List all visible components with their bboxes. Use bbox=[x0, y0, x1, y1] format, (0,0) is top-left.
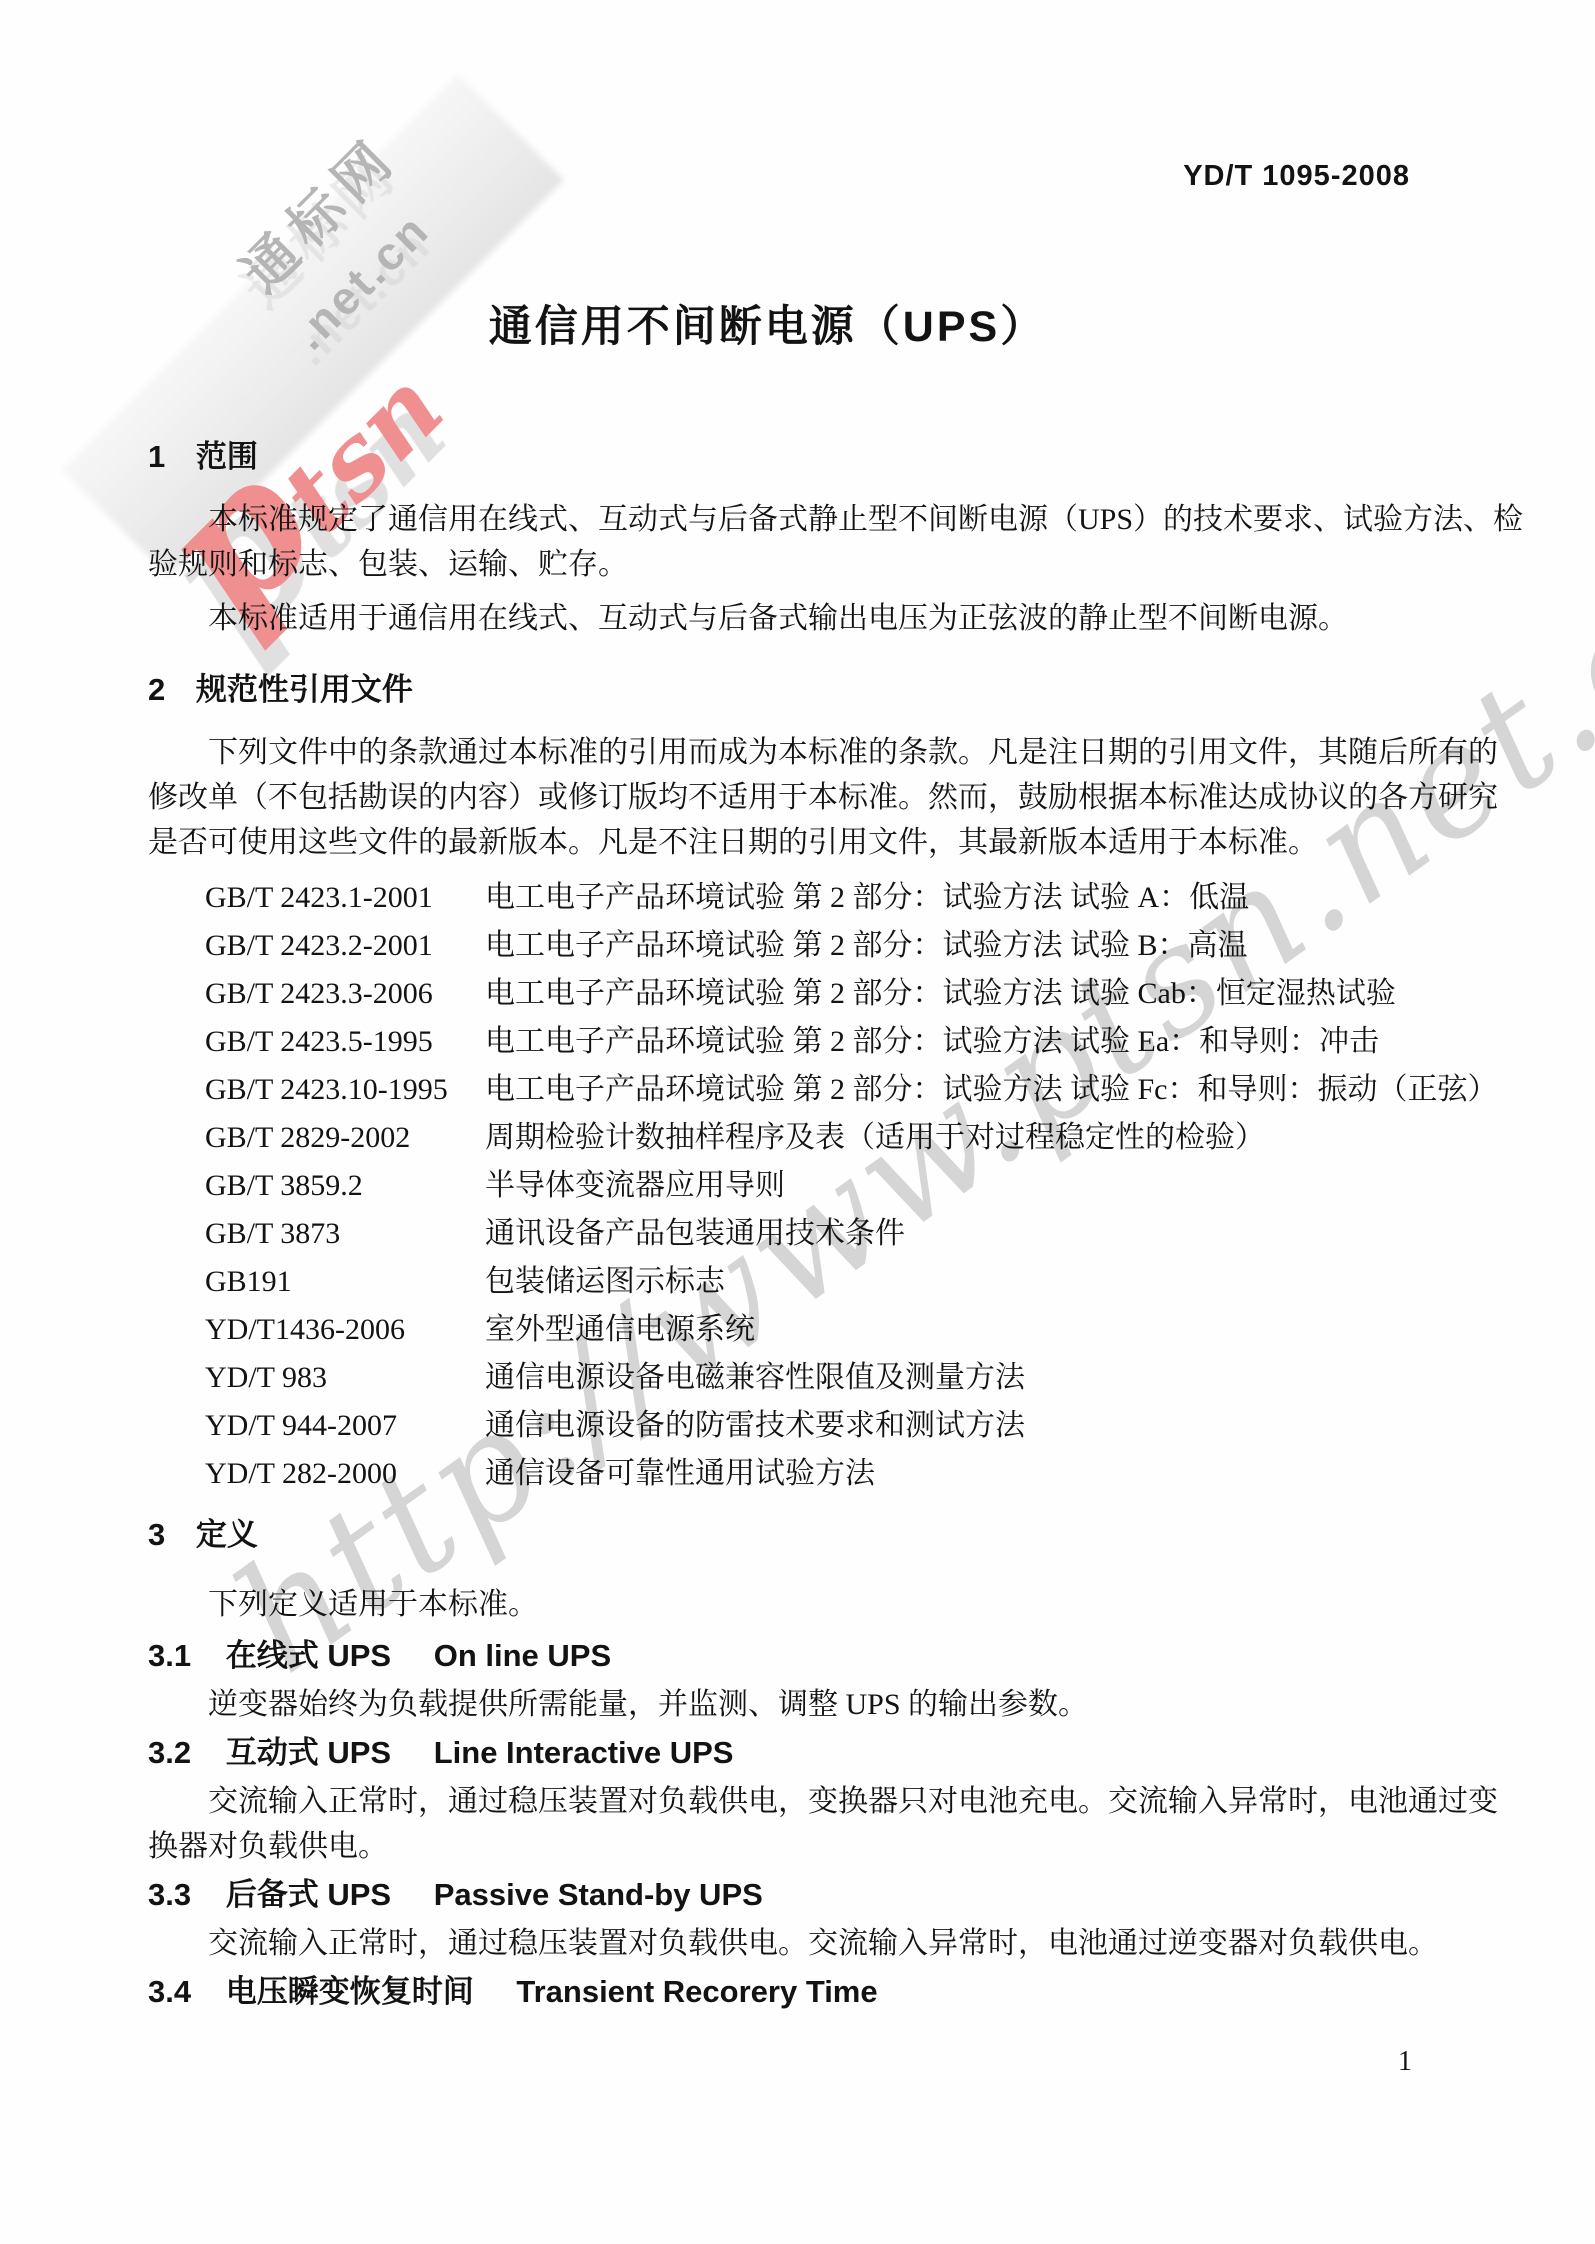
reference-item: GB/T 3873 通讯设备产品包装通用技术条件 bbox=[205, 1210, 1478, 1258]
definition-3-3-heading: 3.3 后备式 UPS Passive Stand-by UPS bbox=[148, 1877, 1478, 1913]
section-1-title: 范围 bbox=[196, 439, 258, 474]
reference-id: GB/T 2829-2002 bbox=[205, 1114, 485, 1162]
reference-item: YD/T1436-2006 室外型通信电源系统 bbox=[205, 1306, 1478, 1354]
document-page: 通标网 .net.cn ptsn http://www.ptsn.net.cn … bbox=[0, 0, 1595, 2244]
paragraph-line: 下列文件中的条款通过本标准的引用而成为本标准的条款。凡是注日期的引用文件，其随后… bbox=[148, 730, 1478, 775]
reference-item: GB/T 2423.10-1995 电工电子产品环境试验 第 2 部分：试验方法… bbox=[205, 1066, 1478, 1114]
reference-item: GB191 包装储运图示标志 bbox=[205, 1258, 1478, 1306]
reference-list: GB/T 2423.1-2001 电工电子产品环境试验 第 2 部分：试验方法 … bbox=[148, 874, 1478, 1498]
reference-item: GB/T 3859.2 半导体变流器应用导则 bbox=[205, 1162, 1478, 1210]
scope-paragraph-2: 本标准适用于通信用在线式、互动式与后备式输出电压为正弦波的静止型不间断电源。 bbox=[148, 596, 1478, 641]
section-3-title: 定义 bbox=[196, 1517, 258, 1552]
definition-3-2-term-en: Line Interactive UPS bbox=[434, 1735, 734, 1770]
reference-item: YD/T 983 通信电源设备电磁兼容性限值及测量方法 bbox=[205, 1354, 1478, 1402]
paragraph-line: 交流输入正常时，通过稳压装置对负载供电，变换器只对电池充电。交流输入异常时，电池… bbox=[148, 1779, 1478, 1824]
paragraph-line: 下列定义适用于本标准。 bbox=[148, 1582, 1478, 1627]
paragraph-line: 逆变器始终为负载提供所需能量，并监测、调整 UPS 的输出参数。 bbox=[148, 1682, 1478, 1727]
section-2-title: 规范性引用文件 bbox=[196, 672, 413, 707]
definition-3-1-heading: 3.1 在线式 UPS On line UPS bbox=[148, 1638, 1478, 1674]
reference-item: GB/T 2829-2002 周期检验计数抽样程序及表（适用于对过程稳定性的检验… bbox=[205, 1114, 1478, 1162]
definition-3-4-term-cn: 电压瞬变恢复时间 bbox=[226, 1974, 474, 2009]
paragraph-line: 交流输入正常时，通过稳压装置对负载供电。交流输入异常时，电池通过逆变器对负载供电… bbox=[148, 1921, 1478, 1966]
paragraph-line: 本标准适用于通信用在线式、互动式与后备式输出电压为正弦波的静止型不间断电源。 bbox=[148, 596, 1478, 641]
definition-3-3-term-en: Passive Stand-by UPS bbox=[434, 1877, 763, 1912]
definition-3-2-term-cn: 互动式 UPS bbox=[226, 1735, 391, 1770]
definition-3-3-number: 3.3 bbox=[148, 1877, 191, 1913]
reference-title: 电工电子产品环境试验 第 2 部分：试验方法 试验 Fc：和导则：振动（正弦） bbox=[485, 1066, 1498, 1114]
reference-id: GB/T 2423.1-2001 bbox=[205, 874, 485, 922]
reference-item: GB/T 2423.5-1995 电工电子产品环境试验 第 2 部分：试验方法 … bbox=[205, 1018, 1478, 1066]
scope-paragraph-1: 本标准规定了通信用在线式、互动式与后备式静止型不间断电源（UPS）的技术要求、试… bbox=[148, 497, 1478, 587]
definition-3-3-body: 交流输入正常时，通过稳压装置对负载供电。交流输入异常时，电池通过逆变器对负载供电… bbox=[148, 1921, 1478, 1966]
definition-3-1-term-cn: 在线式 UPS bbox=[226, 1638, 391, 1673]
section-2-number: 2 bbox=[148, 672, 165, 708]
document-title: 通信用不间断电源（UPS） bbox=[0, 293, 1535, 354]
reference-title: 半导体变流器应用导则 bbox=[485, 1162, 1478, 1210]
section-3-heading: 3 定义 bbox=[148, 1517, 1478, 1553]
section-1-heading: 1 范围 bbox=[148, 439, 1478, 475]
section-2-heading: 2 规范性引用文件 bbox=[148, 672, 1478, 708]
definition-3-4-number: 3.4 bbox=[148, 1974, 191, 2010]
definition-3-4-heading: 3.4 电压瞬变恢复时间 Transient Recorery Time bbox=[148, 1974, 1478, 2010]
reference-title: 周期检验计数抽样程序及表（适用于对过程稳定性的检验） bbox=[485, 1114, 1478, 1162]
definitions-intro-paragraph: 下列定义适用于本标准。 bbox=[148, 1582, 1478, 1627]
section-1-number: 1 bbox=[148, 439, 165, 475]
section-3-number: 3 bbox=[148, 1517, 165, 1553]
definition-3-4-term-en: Transient Recorery Time bbox=[516, 1974, 877, 2009]
definition-3-2-number: 3.2 bbox=[148, 1735, 191, 1771]
paragraph-line: 换器对负载供电。 bbox=[148, 1824, 1478, 1869]
reference-id: GB/T 3859.2 bbox=[205, 1162, 485, 1210]
reference-id: GB191 bbox=[205, 1258, 485, 1306]
reference-id: GB/T 2423.5-1995 bbox=[205, 1018, 485, 1066]
reference-title: 通信电源设备的防雷技术要求和测试方法 bbox=[485, 1402, 1478, 1450]
reference-id: YD/T1436-2006 bbox=[205, 1306, 485, 1354]
paragraph-line: 修改单（不包括勘误的内容）或修订版均不适用于本标准。然而，鼓励根据本标准达成协议… bbox=[148, 775, 1478, 820]
reference-title: 包装储运图示标志 bbox=[485, 1258, 1478, 1306]
reference-item: GB/T 2423.3-2006 电工电子产品环境试验 第 2 部分：试验方法 … bbox=[205, 970, 1478, 1018]
reference-item: YD/T 282-2000 通信设备可靠性通用试验方法 bbox=[205, 1450, 1478, 1498]
reference-title: 通信电源设备电磁兼容性限值及测量方法 bbox=[485, 1354, 1478, 1402]
reference-item: GB/T 2423.2-2001 电工电子产品环境试验 第 2 部分：试验方法 … bbox=[205, 922, 1478, 970]
document-body: 1 范围 本标准规定了通信用在线式、互动式与后备式静止型不间断电源（UPS）的技… bbox=[148, 425, 1478, 2010]
reference-title: 通讯设备产品包装通用技术条件 bbox=[485, 1210, 1478, 1258]
reference-id: GB/T 2423.2-2001 bbox=[205, 922, 485, 970]
paragraph-line: 验规则和标志、包装、运输、贮存。 bbox=[148, 542, 1478, 587]
reference-title: 电工电子产品环境试验 第 2 部分：试验方法 试验 Ea：和导则：冲击 bbox=[485, 1018, 1478, 1066]
definition-3-3-term-cn: 后备式 UPS bbox=[226, 1877, 391, 1912]
definition-3-1-number: 3.1 bbox=[148, 1638, 191, 1674]
reference-id: GB/T 2423.10-1995 bbox=[205, 1066, 485, 1114]
definition-3-1-body: 逆变器始终为负载提供所需能量，并监测、调整 UPS 的输出参数。 bbox=[148, 1682, 1478, 1727]
reference-item: GB/T 2423.1-2001 电工电子产品环境试验 第 2 部分：试验方法 … bbox=[205, 874, 1478, 922]
definition-3-2-heading: 3.2 互动式 UPS Line Interactive UPS bbox=[148, 1735, 1478, 1771]
paragraph-line: 是否可使用这些文件的最新版本。凡是不注日期的引用文件，其最新版本适用于本标准。 bbox=[148, 820, 1478, 865]
reference-title: 电工电子产品环境试验 第 2 部分：试验方法 试验 Cab：恒定湿热试验 bbox=[485, 970, 1478, 1018]
paragraph-line: 本标准规定了通信用在线式、互动式与后备式静止型不间断电源（UPS）的技术要求、试… bbox=[148, 497, 1478, 542]
page-number: 1 bbox=[1398, 2046, 1412, 2078]
definition-3-2-body: 交流输入正常时，通过稳压装置对负载供电，变换器只对电池充电。交流输入异常时，电池… bbox=[148, 1779, 1478, 1869]
reference-title: 通信设备可靠性通用试验方法 bbox=[485, 1450, 1478, 1498]
reference-title: 电工电子产品环境试验 第 2 部分：试验方法 试验 A：低温 bbox=[485, 874, 1478, 922]
reference-title: 室外型通信电源系统 bbox=[485, 1306, 1478, 1354]
references-intro-paragraph: 下列文件中的条款通过本标准的引用而成为本标准的条款。凡是注日期的引用文件，其随后… bbox=[148, 730, 1478, 865]
reference-id: YD/T 944-2007 bbox=[205, 1402, 485, 1450]
reference-id: GB/T 3873 bbox=[205, 1210, 485, 1258]
reference-id: YD/T 983 bbox=[205, 1354, 485, 1402]
reference-title: 电工电子产品环境试验 第 2 部分：试验方法 试验 B：高温 bbox=[485, 922, 1478, 970]
definition-3-1-term-en: On line UPS bbox=[434, 1638, 611, 1673]
reference-id: YD/T 282-2000 bbox=[205, 1450, 485, 1498]
standard-code-header: YD/T 1095-2008 bbox=[1183, 160, 1410, 193]
reference-id: GB/T 2423.3-2006 bbox=[205, 970, 485, 1018]
reference-item: YD/T 944-2007 通信电源设备的防雷技术要求和测试方法 bbox=[205, 1402, 1478, 1450]
